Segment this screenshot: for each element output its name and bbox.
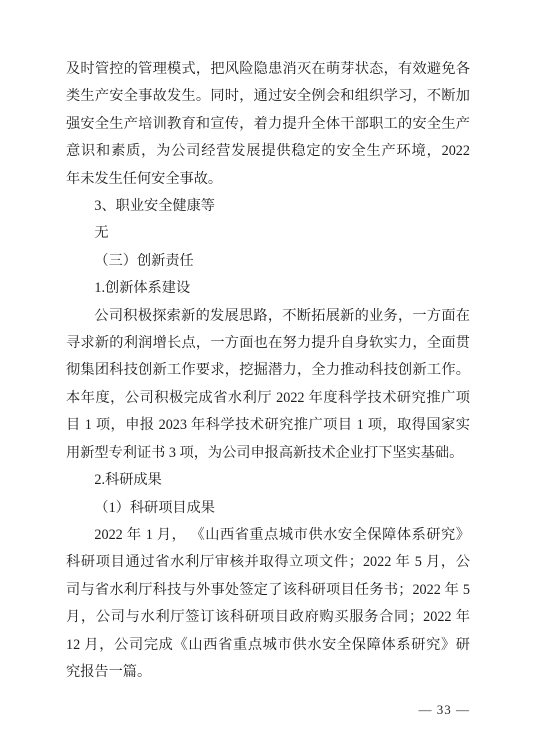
text-line: 用新型专利证书 3 项，为公司申报高新技术企业打下坚实基础。 — [66, 440, 470, 467]
text-line: 年未发生任何安全事故。 — [66, 166, 470, 193]
text-line: 类生产安全事故发生。同时，通过安全例会和组织学习，不断加 — [66, 83, 470, 110]
text-line: （1）科研项目成果 — [66, 495, 470, 522]
text-line: 本年度，公司积极完成省水利厅 2022 年度科学技术研究推广项 — [66, 385, 470, 412]
text-line: 科研项目通过省水利厅审核并取得立项文件；2022 年 5 月，公 — [66, 549, 470, 576]
text-line: 2022 年 1 月， 《山西省重点城市供水安全保障体系研究》 — [66, 522, 470, 549]
text-line: 司与省水利厅科技与外事处签定了该科研项目任务书；2022 年 5 — [66, 577, 470, 604]
text-line: 12 月，公司完成《山西省重点城市供水安全保障体系研究》研 — [66, 632, 470, 659]
text-line: 1.创新体系建设 — [66, 275, 470, 302]
text-line: 意识和素质，为公司经营发展提供稳定的安全生产环境，2022 — [66, 138, 470, 165]
text-line: 及时管控的管理模式，把风险隐患消灭在萌芽状态，有效避免各 — [66, 56, 470, 83]
page-number: — 33 — — [419, 701, 471, 719]
text-line: （三）创新责任 — [66, 248, 470, 275]
document-page: 及时管控的管理模式，把风险隐患消灭在萌芽状态，有效避免各类生产安全事故发生。同时… — [0, 0, 538, 741]
text-line: 寻求新的利润增长点，一方面也在努力提升自身软实力，全面贯 — [66, 330, 470, 357]
text-line: 究报告一篇。 — [66, 659, 470, 686]
text-line: 彻集团科技创新工作要求，挖掘潜力，全力推动科技创新工作。 — [66, 357, 470, 384]
text-line: 目 1 项，申报 2023 年科学技术研究推广项目 1 项，取得国家实 — [66, 412, 470, 439]
text-line: 2.科研成果 — [66, 467, 470, 494]
text-line: 月，公司与水利厅签订该科研项目政府购买服务合同；2022 年 — [66, 604, 470, 631]
text-line: 公司积极探索新的发展思路，不断拓展新的业务，一方面在 — [66, 303, 470, 330]
document-body: 及时管控的管理模式，把风险隐患消灭在萌芽状态，有效避免各类生产安全事故发生。同时… — [66, 56, 470, 686]
text-line: 无 — [66, 220, 470, 247]
text-line: 3、职业安全健康等 — [66, 193, 470, 220]
text-line: 强安全生产培训教育和宣传，着力提升全体干部职工的安全生产 — [66, 111, 470, 138]
